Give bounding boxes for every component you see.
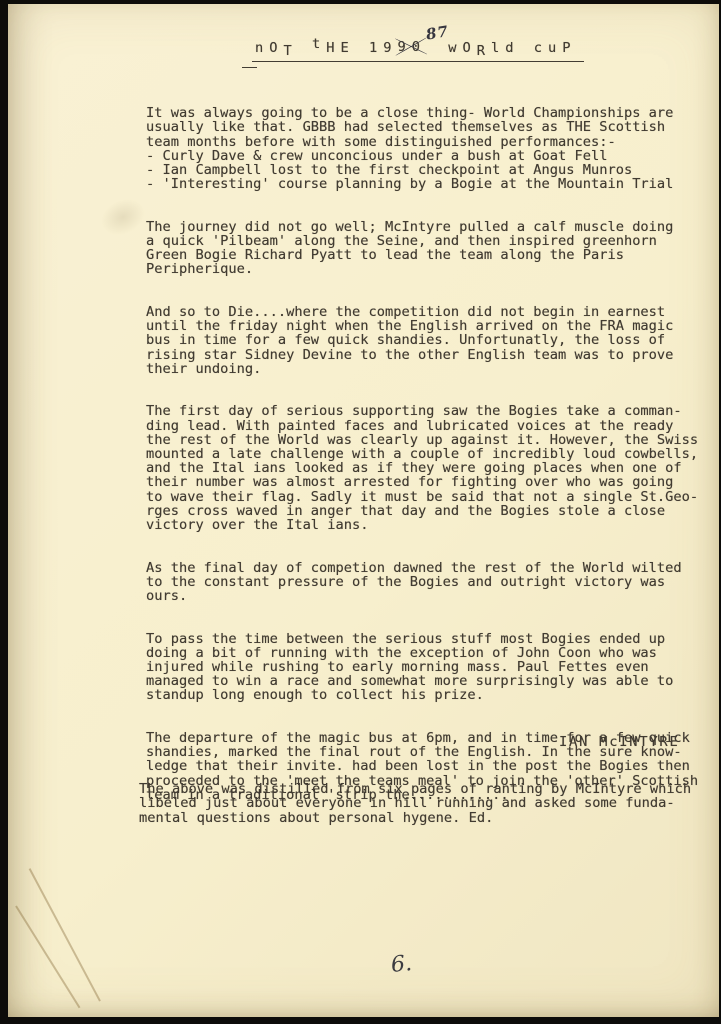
title-char: E [341, 40, 355, 56]
editor-note: The above was distilled from six pages o… [139, 782, 721, 825]
title-char: T [284, 43, 298, 59]
author-signature: IAN McINTYRE [559, 734, 680, 750]
struck-year: 90 [398, 39, 426, 55]
title-char: O [269, 40, 283, 56]
page-stack-edge [16, 905, 81, 1008]
paragraph: The journey did not go well; McIntyre pu… [146, 220, 721, 277]
title-stray-underscore [242, 67, 257, 68]
page-title: nOT tHE 199087 wORld cuP [252, 38, 584, 62]
title-char: P [562, 40, 576, 56]
paragraph: It was always going to be a close thing-… [146, 106, 721, 191]
pencil-smudge [95, 192, 151, 242]
scanned-newsletter-page: { "colors": { "paper": "#f7efcd", "typew… [0, 0, 721, 1024]
page-title-line: nOT tHE 199087 wORld cuP [252, 38, 584, 62]
title-char: 9 [383, 40, 397, 56]
title-char: 1 [369, 40, 383, 56]
paragraph: As the final day of competion dawned the… [146, 561, 721, 604]
paragraph: To pass the time between the serious stu… [146, 632, 721, 703]
paragraph: The first day of serious supporting saw … [146, 404, 721, 532]
title-char [298, 40, 312, 56]
title-char: l [491, 40, 505, 56]
paragraph: And so to Die....where the competition d… [146, 305, 721, 376]
title-char [519, 40, 533, 56]
title-char: O [462, 40, 476, 56]
title-char: c [534, 40, 548, 56]
article-body: It was always going to be a close thing-… [146, 92, 721, 816]
handwritten-page-number: 6. [390, 951, 413, 978]
title-char: R [477, 43, 491, 59]
title-char [434, 40, 448, 56]
title-char [355, 40, 369, 56]
handwritten-year-correction: 87 [425, 24, 436, 43]
title-char: u [548, 40, 562, 56]
page-stack-edge [29, 868, 101, 1001]
title-char: H [326, 40, 340, 56]
title-char: w [448, 40, 462, 56]
paper-sheet: nOT tHE 199087 wORld cuP It was always g… [8, 4, 719, 1017]
title-char: t [312, 36, 326, 52]
title-char: d [505, 40, 519, 56]
title-char: n [255, 40, 269, 56]
